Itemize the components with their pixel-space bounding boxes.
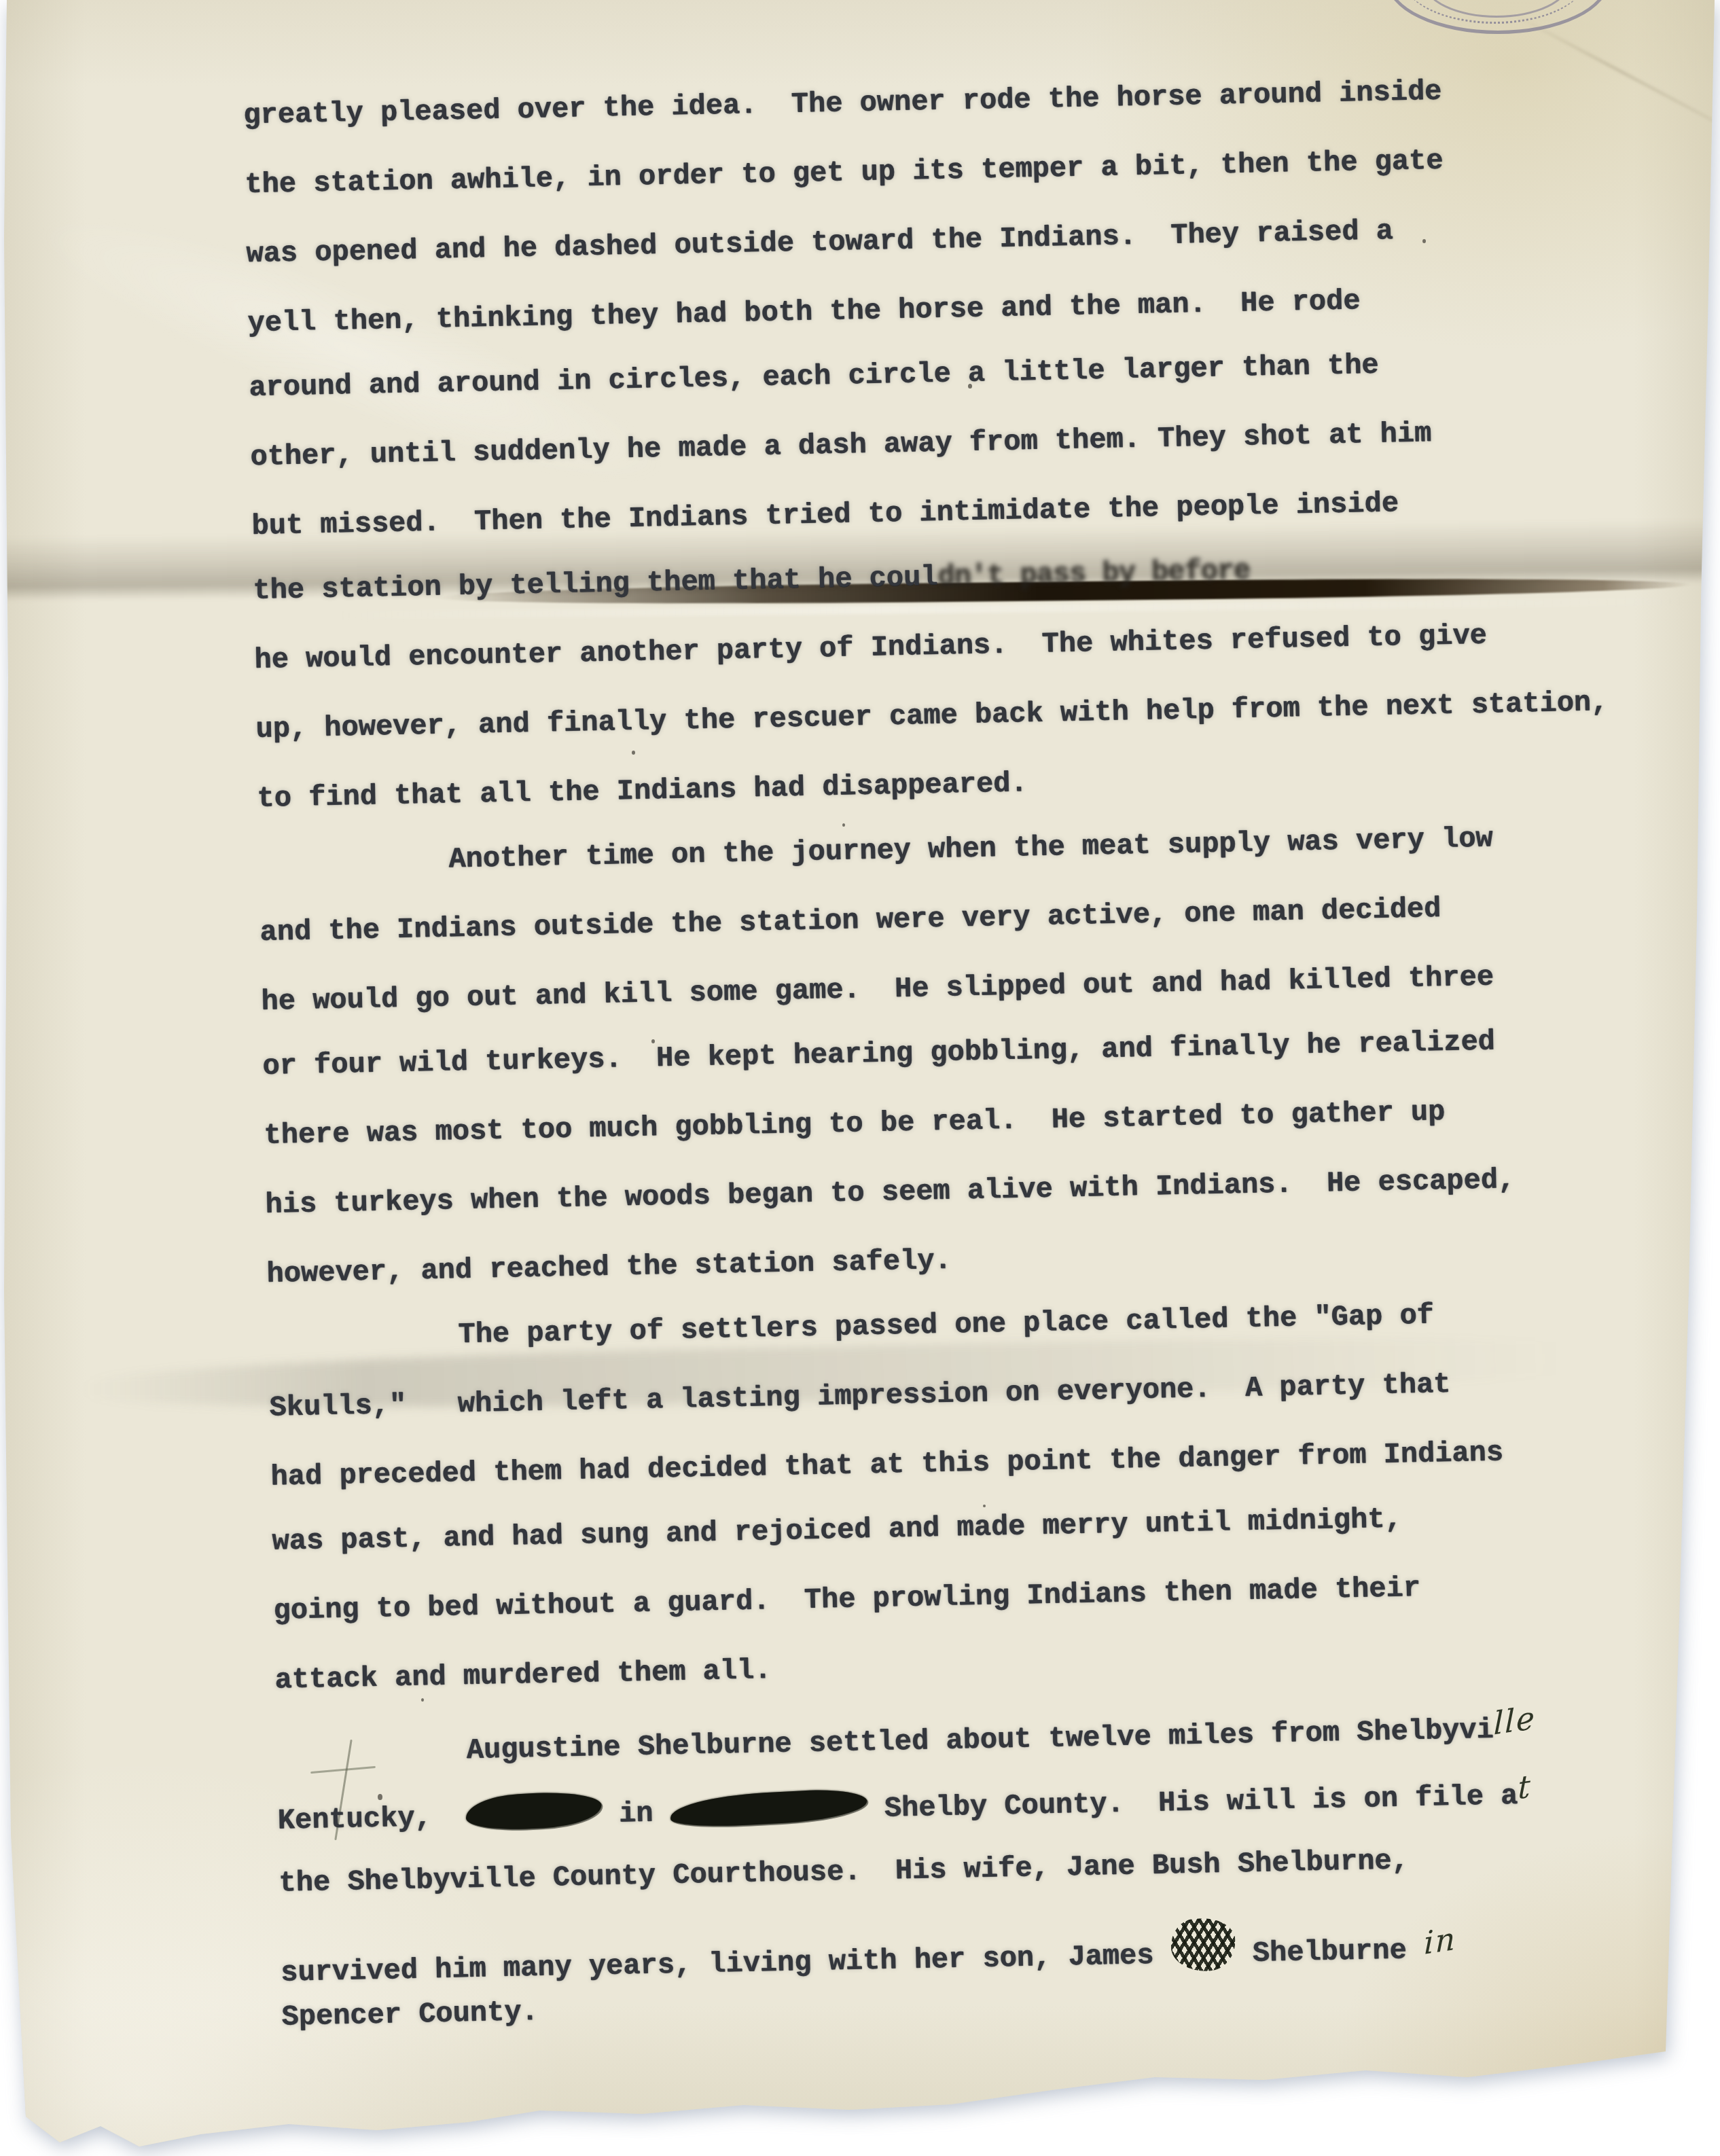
- ink-blot: [670, 1787, 868, 1829]
- typed-text: survived him many years, living with her…: [281, 1939, 1171, 1989]
- handwritten-text: lle: [1494, 1700, 1537, 1741]
- typed-text: greatly pleased over the idea. The owner…: [243, 75, 1442, 132]
- paper-wrap: greatly pleased over the idea. The owner…: [0, 0, 1720, 2156]
- typed-text-block: greatly pleased over the idea. The owner…: [243, 71, 1720, 2072]
- paper-sheet: greatly pleased over the idea. The owner…: [0, 0, 1720, 2156]
- typed-text: dn't pass by before: [937, 554, 1251, 593]
- typed-text: Kentucky,: [277, 1801, 466, 1837]
- handwritten-text: t: [1518, 1769, 1532, 1805]
- scan-background: { "page": { "description_of_document": "…: [0, 0, 1720, 2156]
- typed-text: Spencer County.: [281, 1996, 539, 2034]
- ink-blot: [465, 1789, 603, 1832]
- typed-text: Shelby County. His will is on file a: [867, 1780, 1518, 1825]
- ink-blot: [1169, 1917, 1236, 1973]
- typed-text: Shelburne: [1235, 1934, 1424, 1971]
- handwritten-text: in: [1424, 1921, 1457, 1960]
- typed-text: in: [601, 1797, 670, 1831]
